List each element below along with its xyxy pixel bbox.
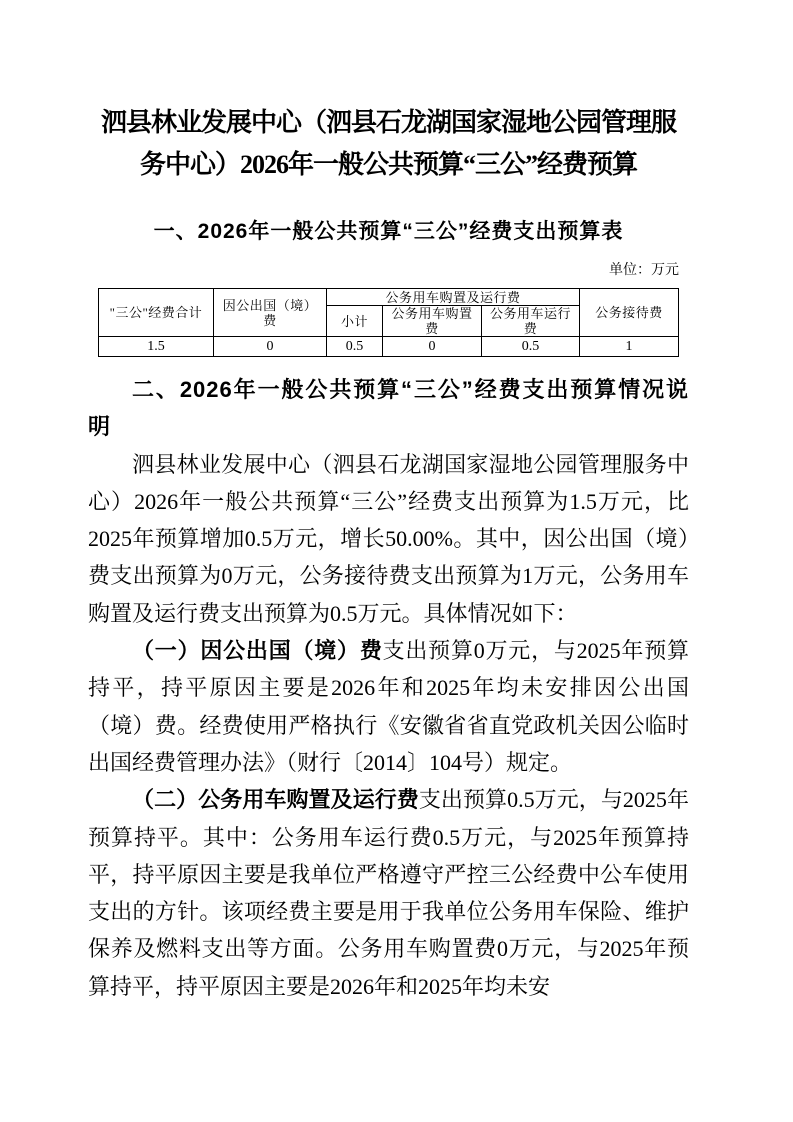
table-header-operation: 公务用车运行费 [481,306,579,337]
section2-heading: 二、2026年一般公共预算“三公”经费支出预算情况说明 [88,371,689,446]
document-page: 泗县林业发展中心（泗县石龙湖国家湿地公园管理服务中心）2026年一般公共预算“三… [0,0,793,1122]
paragraph-abroad-lead: （一）因公出国（境）费 [132,638,383,663]
paragraph-vehicle-text: 支出预算0.5万元，与2025年预算持平。其中：公务用车运行费0.5万元，与20… [88,787,689,998]
table-header-purchase: 公务用车购置费 [382,306,481,337]
value-total: 1.5 [98,337,213,357]
value-subtotal: 0.5 [326,337,382,357]
table-header-vehicle-group: 公务用车购置及运行费 [326,289,579,306]
paragraph-abroad: （一）因公出国（境）费支出预算0万元，与2025年预算持平，持平原因主要是202… [88,632,689,781]
table-header-subtotal: 小计 [326,306,382,337]
paragraph-overview: 泗县林业发展中心（泗县石龙湖国家湿地公园管理服务中心）2026年一般公共预算“三… [88,446,689,632]
table-header-total: "三公"经费合计 [98,289,213,337]
table-header-abroad: 因公出国（境）费 [213,289,326,337]
section1-heading: 一、2026年一般公共预算“三公”经费支出预算表 [88,214,689,250]
value-purchase: 0 [382,337,481,357]
unit-label: 单位：万元 [88,262,689,280]
paragraph-vehicle-lead: （二）公务用车购置及运行费 [132,787,419,812]
value-operation: 0.5 [481,337,579,357]
budget-table: "三公"经费合计 因公出国（境）费 公务用车购置及运行费 公务接待费 小计 公务… [98,288,679,357]
value-abroad: 0 [213,337,326,357]
table-header-reception: 公务接待费 [580,289,679,337]
document-title: 泗县林业发展中心（泗县石龙湖国家湿地公园管理服务中心）2026年一般公共预算“三… [93,102,685,186]
value-reception: 1 [580,337,679,357]
paragraph-vehicle: （二）公务用车购置及运行费支出预算0.5万元，与2025年预算持平。其中：公务用… [88,781,689,1005]
table-value-row: 1.5 0 0.5 0 0.5 1 [98,337,678,357]
